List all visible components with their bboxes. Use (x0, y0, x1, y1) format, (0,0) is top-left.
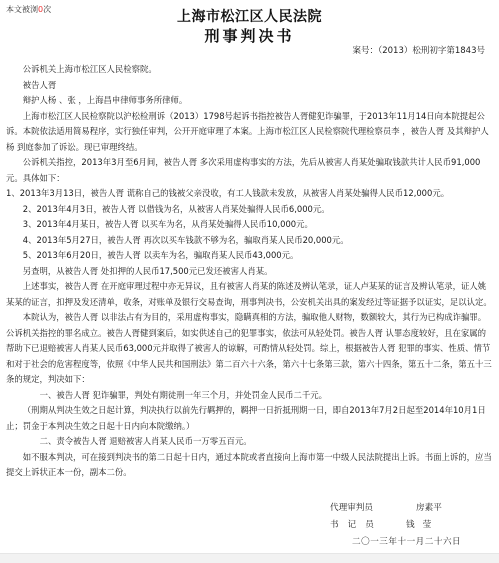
document-title: 刑事判决书 (0, 25, 499, 46)
fact-item-5: 5、2013年6月20日，被告人胥 以卖车为名，骗取肖某人民币43,000元。 (6, 248, 492, 264)
case-number: 案号：（2013）松刑初字第1843号 (352, 44, 485, 56)
prosecutor-line: 公诉机关上海市松江区人民检察院。 (6, 62, 492, 78)
clerk-role: 书记员 (330, 517, 402, 534)
defendant-line: 被告人胥 (6, 78, 492, 94)
signature-block: 代理审判员 房素平 书记员 钱莹 二〇一三年十一月二十六日 (330, 500, 499, 551)
fact-item-1: 1、2013年3月13日，被告人胥 谎称自己的钱被父亲没收，有工人钱款未发放，从… (6, 186, 492, 202)
judgment-date: 二〇一三年十一月二十六日 (352, 534, 461, 551)
charges-paragraph: 公诉机关指控，2013年3月至6月间，被告人胥 多次采用虚构事实的方法，先后从被… (6, 155, 492, 186)
clerk-name: 钱莹 (406, 517, 439, 534)
fact-item-4: 4、2013年5月27日，被告人胥 再次以买车钱款不够为名，骗取肖某人民币20,… (6, 233, 492, 249)
procedure-paragraph: 上海市松江区人民检察院以沪松检刑诉（2013）1798号起诉书指控被告人胥健犯诈… (6, 109, 492, 156)
defense-counsel-line: 辩护人杨 、张 ，上海昌申律师事务所律师。 (6, 93, 492, 109)
fact-item-3: 3、2013年4月某日，被告人胥 以买车为名，从肖某处骗得人民币10,000元。 (6, 217, 492, 233)
restitution-note: 另查明，从被告人胥 处扣押的人民币17,500元已发还被害人肖某。 (6, 264, 492, 280)
clerk-signature: 书记员 钱莹 (330, 517, 499, 534)
sentence-note: （刑期从判决生效之日起计算，判决执行以前先行羁押的，羁押一日折抵刑期一日，即自2… (6, 403, 492, 434)
judge-role: 代理审判员 (330, 500, 392, 517)
fact-item-2: 2、2013年4月3日，被告人胥 以借钱为名，从被害人肖某处骗得人民币6,000… (6, 202, 492, 218)
court-name: 上海市松江区人民法院 (0, 6, 499, 26)
page-bottom-divider (0, 553, 499, 563)
judge-signature: 代理审判员 房素平 (330, 500, 499, 517)
judge-name: 房素平 (416, 500, 442, 517)
appeal-notice: 如不服本判决，可在接到判决书的第二日起十日内，通过本院或者直接向上海市第一中级人… (6, 450, 492, 481)
judgment-body: 公诉机关上海市松江区人民检察院。 被告人胥 辩护人杨 、张 ，上海昌申律师事务所… (6, 62, 492, 481)
evidence-paragraph: 上述事实，被告人胥 在开庭审理过程中亦无异议，且有被害人肖某的陈述及辨认笔录，证… (6, 279, 492, 310)
judgment-date-row: 二〇一三年十一月二十六日 (330, 534, 499, 551)
court-opinion-paragraph: 本院认为，被告人胥 以非法占有为目的，采用虚构事实，隐瞒真相的方法，骗取他人财物… (6, 310, 492, 388)
verdict-item-2: 二、责令被告人胥 退赔被害人肖某人民币一万零五百元。 (6, 434, 492, 450)
verdict-item-1: 一、被告人胥 犯诈骗罪，判处有期徒刑一年三个月，并处罚金人民币二千元。 (6, 388, 492, 404)
